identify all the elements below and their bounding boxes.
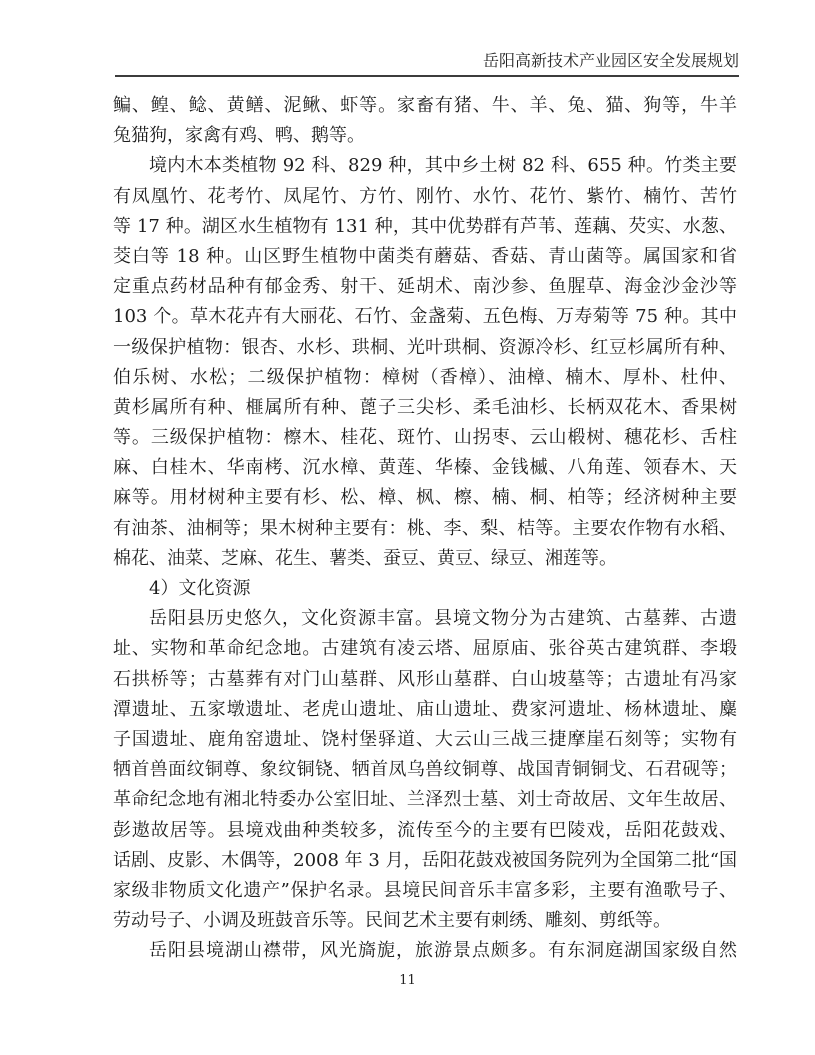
text-line: 棉花、油菜、芝麻、花生、薯类、蚕豆、黄豆、绿豆、湘莲等。	[113, 544, 737, 574]
text-line: 有油茶、油桐等；果木树种主要有：桃、李、梨、桔等。主要农作物有水稻、	[113, 514, 737, 544]
text-line: 4）文化资源	[113, 574, 737, 604]
document-body: 鳊、鳇、鲶、黄鳝、泥鳅、虾等。家畜有猪、牛、羊、兔、猫、狗等，牛羊兔猫狗，家禽有…	[113, 91, 737, 966]
text-line: 牺首兽面纹铜尊、象纹铜铙、牺首凤乌兽纹铜尊、战国青铜铜戈、石君砚等；	[113, 755, 737, 785]
page-number: 11	[399, 973, 416, 988]
text-line: 麻等。用材树种主要有杉、松、樟、枫、檫、楠、桐、柏等；经济树种主要	[113, 483, 737, 513]
text-line: 彭遨故居等。县境戏曲种类较多，流传至今的主要有巴陵戏，岳阳花鼓戏、	[113, 816, 737, 846]
header-title: 岳阳高新技术产业园区安全发展规划	[483, 51, 739, 70]
text-line: 址、实物和革命纪念地。古建筑有凌云塔、屈原庙、张谷英古建筑群、李塅	[113, 634, 737, 664]
text-line: 鳊、鳇、鲶、黄鳝、泥鳅、虾等。家畜有猪、牛、羊、兔、猫、狗等，牛羊	[113, 91, 737, 121]
text-line: 话剧、皮影、木偶等，2008 年 3 月，岳阳花鼓戏被国务院列为全国第二批“国	[113, 846, 737, 876]
paragraph: 鳊、鳇、鲶、黄鳝、泥鳅、虾等。家畜有猪、牛、羊、兔、猫、狗等，牛羊兔猫狗，家禽有…	[113, 91, 737, 151]
text-line: 一级保护植物：银杏、水杉、珙桐、光叶珙桐、资源冷杉、红豆杉属所有种、	[113, 333, 737, 363]
page-footer: 11	[0, 973, 815, 988]
text-line: 石拱桥等；古墓葬有对门山墓群、风形山墓群、白山坡墓等；古遗址有冯家	[113, 665, 737, 695]
text-line: 岳阳县历史悠久，文化资源丰富。县境文物分为古建筑、古墓葬、古遗	[113, 604, 737, 634]
text-line: 劳动号子、小调及班鼓音乐等。民间艺术主要有刺绣、雕刻、剪纸等。	[113, 906, 737, 936]
text-line: 岳阳县境湖山襟带，风光旖旎，旅游景点颇多。有东洞庭湖国家级自然	[113, 936, 737, 966]
text-line: 子国遗址、鹿角窑遗址、饶村堡驿道、大云山三战三捷摩崖石刻等；实物有	[113, 725, 737, 755]
text-line: 潭遗址、五家墩遗址、老虎山遗址、庙山遗址、费家河遗址、杨林遗址、麋	[113, 695, 737, 725]
text-line: 麻、白桂木、华南栲、沉水樟、黄莲、华榛、金钱槭、八角莲、领春木、天	[113, 453, 737, 483]
text-line: 黄杉属所有种、榧属所有种、蓖子三尖杉、柔毛油杉、长柄双花木、香果树	[113, 393, 737, 423]
paragraph: 境内木本类植物 92 科、829 种，其中乡土树 82 科、655 种。竹类主要…	[113, 151, 737, 574]
text-line: 茭白等 18 种。山区野生植物中菌类有蘑菇、香菇、青山菌等。属国家和省	[113, 242, 737, 272]
text-line: 革命纪念地有湘北特委办公室旧址、兰泽烈士墓、刘士奇故居、文年生故居、	[113, 785, 737, 815]
paragraph: 4）文化资源	[113, 574, 737, 604]
text-line: 定重点药材品种有郁金秀、射干、延胡术、南沙参、鱼腥草、海金沙金沙等	[113, 272, 737, 302]
text-line: 境内木本类植物 92 科、829 种，其中乡土树 82 科、655 种。竹类主要	[113, 151, 737, 181]
paragraph: 岳阳县境湖山襟带，风光旖旎，旅游景点颇多。有东洞庭湖国家级自然	[113, 936, 737, 966]
text-line: 伯乐树、水松；二级保护植物：樟树（香樟）、油樟、楠木、厚朴、杜仲、	[113, 363, 737, 393]
text-line: 等 17 种。湖区水生植物有 131 种，其中优势群有芦苇、莲藕、芡实、水葱、	[113, 212, 737, 242]
page-header: 岳阳高新技术产业园区安全发展规划	[115, 50, 739, 77]
paragraph: 岳阳县历史悠久，文化资源丰富。县境文物分为古建筑、古墓葬、古遗址、实物和革命纪念…	[113, 604, 737, 936]
text-line: 等。三级保护植物：檫木、桂花、斑竹、山拐枣、云山椴树、穗花杉、舌柱	[113, 423, 737, 453]
text-line: 有凤凰竹、花考竹、凤尾竹、方竹、刚竹、水竹、花竹、紫竹、楠竹、苦竹	[113, 182, 737, 212]
document-page: 岳阳高新技术产业园区安全发展规划 鳊、鳇、鲶、黄鳝、泥鳅、虾等。家畜有猪、牛、羊…	[0, 0, 815, 1055]
text-line: 103 个。草木花卉有大丽花、石竹、金盏菊、五色梅、万寿菊等 75 种。其中	[113, 302, 737, 332]
text-line: 兔猫狗，家禽有鸡、鸭、鹅等。	[113, 121, 737, 151]
text-line: 家级非物质文化遗产”保护名录。县境民间音乐丰富多彩，主要有渔歌号子、	[113, 876, 737, 906]
